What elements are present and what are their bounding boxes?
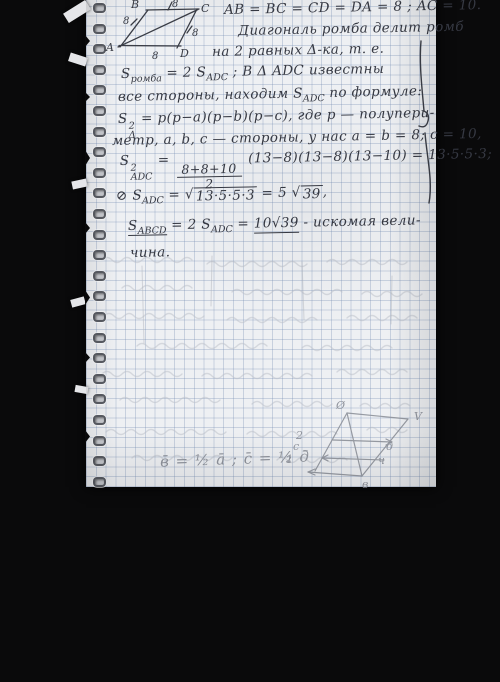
pencil-label-right-lower: ч	[378, 454, 385, 467]
spiral-hole	[93, 291, 106, 301]
solution-line-9: ⊘ SADC = √13·5·5·3 = 5 √39,	[116, 184, 328, 207]
spiral-hole	[93, 312, 106, 322]
solution-line-10: SABCD = 2 SADC = 10√39 - искомая вели-	[128, 212, 421, 237]
solution-line-5: все стороны, находим SADC по формуле:	[118, 83, 423, 108]
spiral-hole	[93, 65, 106, 75]
pencil-label-bottom: в	[362, 478, 368, 491]
spiral-hole	[93, 394, 106, 404]
solution-line-1: AB = BC = CD = DA = 8 ; AC = 10.	[224, 0, 482, 18]
spiral-hole	[93, 127, 106, 137]
spiral-hole	[93, 188, 106, 198]
notebook-page: B C A D 8 8 8 8 AB = BC = CD = DA = 8 ; …	[86, 0, 436, 487]
spiral-hole	[93, 353, 106, 363]
vertex-label-b: B	[130, 0, 139, 11]
spiral-hole	[93, 106, 106, 116]
margin-pen-strokes	[411, 33, 441, 208]
solution-line-11: чина.	[130, 244, 171, 261]
spiral-hole	[93, 477, 106, 487]
spiral-hole	[93, 230, 106, 240]
spiral-hole	[93, 168, 106, 178]
vertex-label-c: C	[201, 2, 210, 15]
solution-line-4: Sромба = 2 SADC ; В Δ ADC известны	[121, 61, 385, 85]
pencil-parallelogram-figure: Ø V д ч 2 с 1 в	[280, 396, 445, 496]
side-label-top: 8	[172, 0, 178, 10]
spiral-hole	[93, 271, 106, 281]
torn-paper-bit	[68, 52, 88, 66]
side-label-bottom: 8	[152, 51, 158, 62]
spiral-hole	[93, 456, 106, 466]
spiral-hole	[93, 374, 106, 384]
vertex-label-a: A	[105, 41, 114, 54]
solution-line-3: на 2 равных Δ-ка, т. е.	[212, 41, 385, 60]
side-label-left: 8	[123, 16, 129, 27]
spiral-hole	[93, 250, 106, 260]
torn-paper-bit	[70, 296, 86, 307]
spiral-holes	[86, 0, 112, 487]
spiral-hole	[93, 147, 106, 157]
side-label-right: 8	[192, 28, 198, 39]
spiral-hole	[93, 85, 106, 95]
spiral-hole	[93, 333, 106, 343]
pencil-label-top-right: V	[414, 410, 423, 423]
pencil-label-right-upper: д	[386, 440, 393, 453]
pencil-label-top-left: Ø	[335, 399, 346, 412]
spiral-hole	[93, 415, 106, 425]
rhombus-figure: B C A D 8 8 8 8	[95, 0, 225, 64]
photo-background: B C A D 8 8 8 8 AB = BC = CD = DA = 8 ; …	[0, 0, 500, 682]
vertex-label-d: D	[179, 47, 189, 60]
spiral-hole	[93, 209, 106, 219]
spiral-hole	[93, 436, 106, 446]
